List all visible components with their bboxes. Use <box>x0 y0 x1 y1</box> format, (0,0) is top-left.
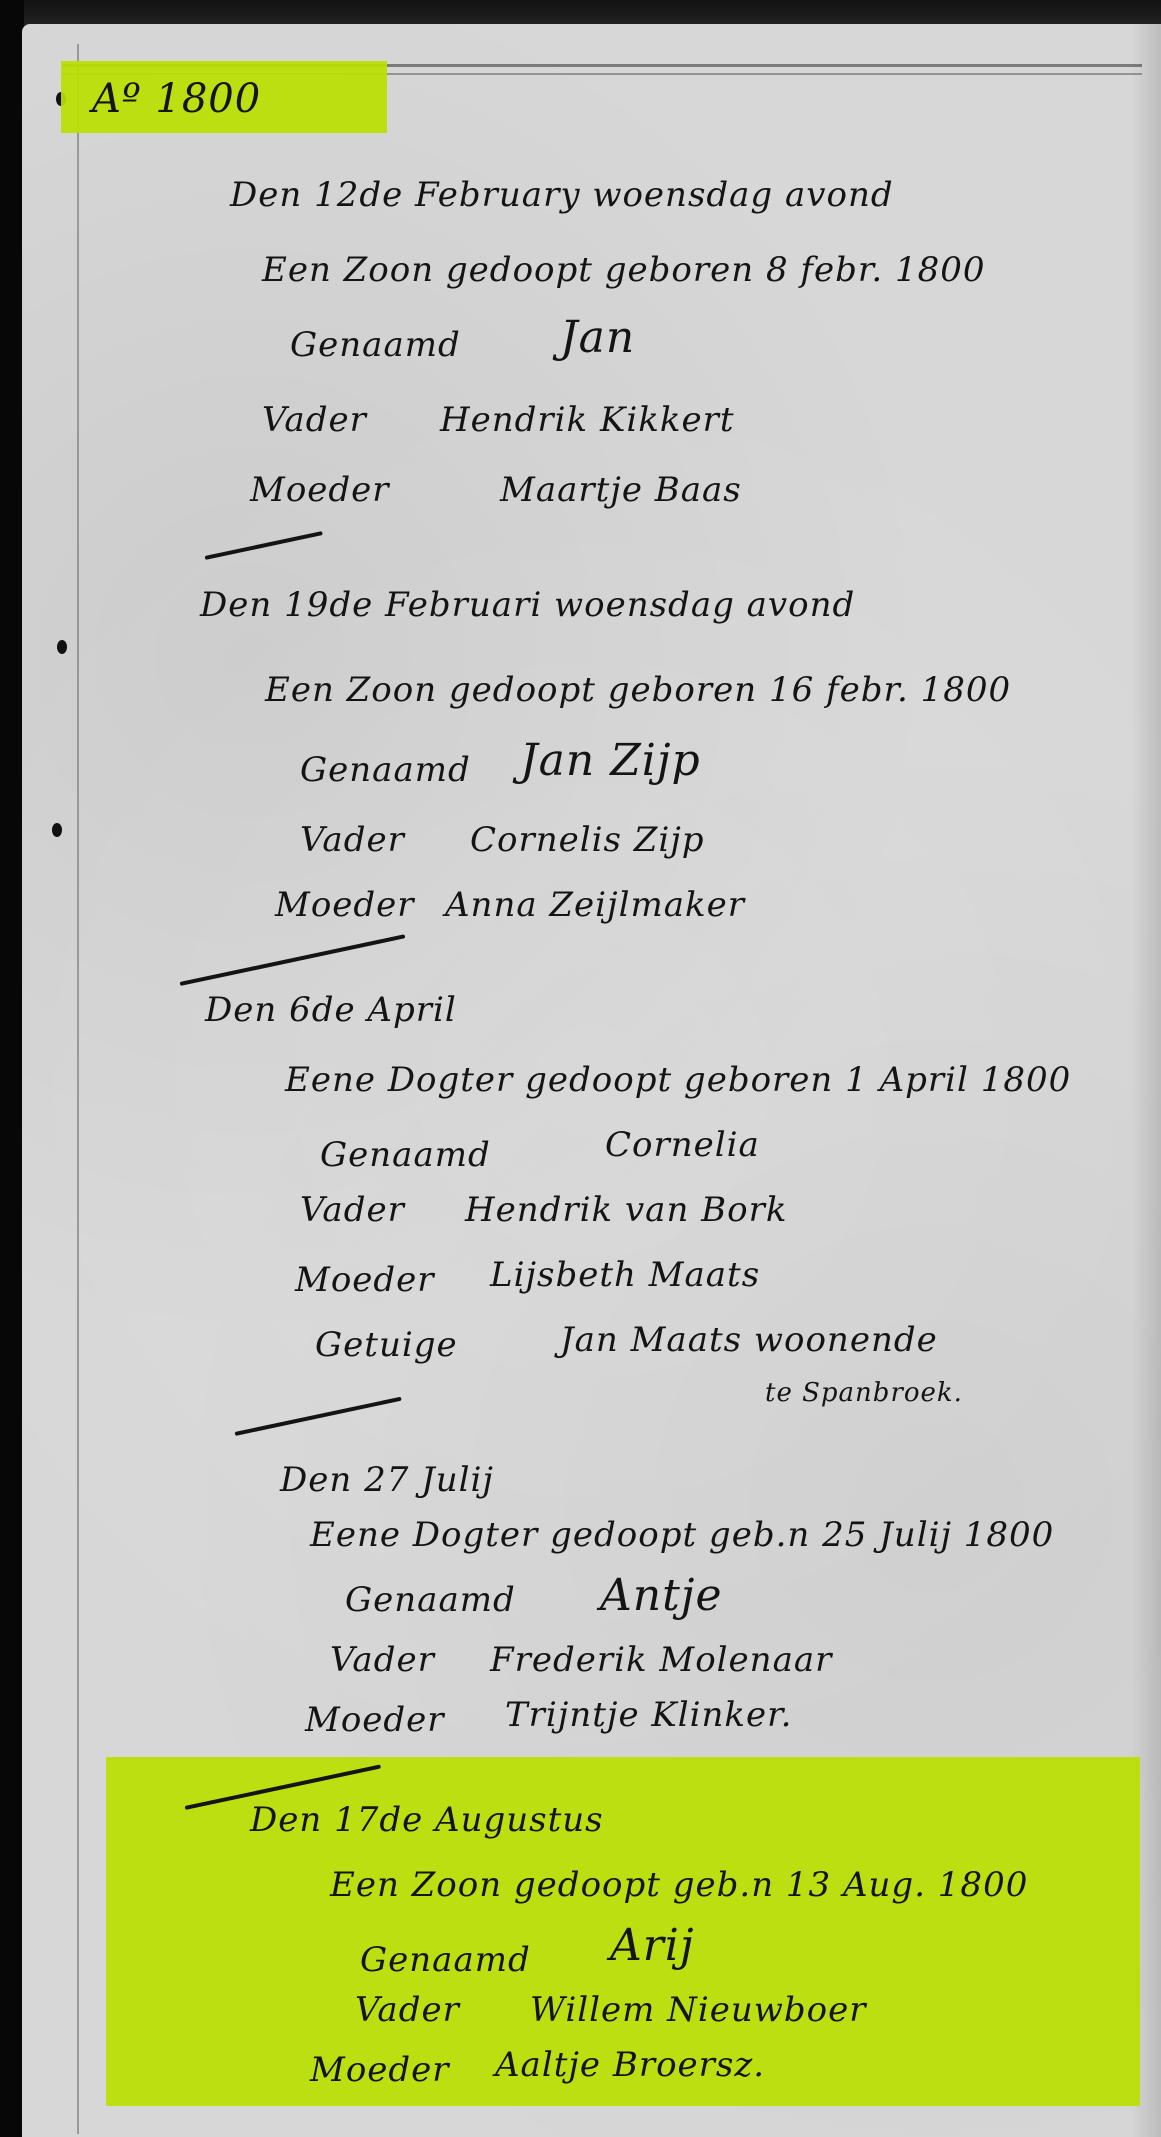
entry-date: Den 6de April <box>205 990 457 1030</box>
father-label: Vader <box>300 1190 405 1230</box>
mother-name: Trijntje Klinker. <box>505 1695 792 1735</box>
mother-label: Moeder <box>250 470 390 510</box>
father-name: Hendrik Kikkert <box>440 400 735 440</box>
witness-name: Jan Maats woonende <box>560 1320 938 1360</box>
entry-baptism: Eene Dogter gedoopt geboren 1 April 1800 <box>285 1060 1071 1100</box>
entry-date: Den 12de February woensdag avond <box>230 175 894 215</box>
mother-label: Moeder <box>275 885 415 925</box>
father-name: Cornelis Zijp <box>470 820 705 860</box>
margin-ink-mark <box>52 823 62 837</box>
mother-name: Aaltje Broersz. <box>495 2045 765 2085</box>
mother-name: Maartje Baas <box>500 470 742 510</box>
child-name: Cornelia <box>605 1125 760 1165</box>
child-name: Arij <box>610 1920 695 1971</box>
mother-name: Anna Zeijlmaker <box>445 885 745 925</box>
entry-date: Den 27 Julij <box>280 1460 494 1500</box>
mother-name: Lijsbeth Maats <box>490 1255 760 1295</box>
father-name: Hendrik van Bork <box>465 1190 787 1230</box>
child-name: Antje <box>600 1570 722 1621</box>
margin-ink-mark <box>57 640 67 654</box>
child-name: Jan Zijp <box>520 735 701 786</box>
mother-label: Moeder <box>310 2050 450 2090</box>
father-label: Vader <box>262 400 367 440</box>
named-label: Genaamd <box>360 1940 531 1980</box>
witness-place: te Spanbroek. <box>765 1378 963 1408</box>
father-label: Vader <box>300 820 405 860</box>
child-name: Jan <box>560 312 635 363</box>
father-name: Frederik Molenaar <box>490 1640 832 1680</box>
entry-date: Den 19de Februari woensdag avond <box>200 585 855 625</box>
mother-label: Moeder <box>295 1260 435 1300</box>
entry-baptism: Een Zoon gedoopt geboren 16 febr. 1800 <box>265 670 1011 710</box>
book-binding-left <box>0 0 24 2137</box>
entry-date: Den 17de Augustus <box>250 1800 604 1840</box>
year-heading: Aº 1800 <box>92 76 261 122</box>
entry-baptism: Eene Dogter gedoopt geb.n 25 Julij 1800 <box>310 1515 1054 1555</box>
named-label: Genaamd <box>300 750 471 790</box>
named-label: Genaamd <box>290 325 461 365</box>
named-label: Genaamd <box>320 1135 491 1175</box>
witness-label: Getuige <box>315 1325 458 1365</box>
father-label: Vader <box>330 1640 435 1680</box>
mother-label: Moeder <box>305 1700 445 1740</box>
father-label: Vader <box>355 1990 460 2030</box>
named-label: Genaamd <box>345 1580 516 1620</box>
margin-rule-line <box>77 44 79 2134</box>
entry-baptism: Een Zoon gedoopt geboren 8 febr. 1800 <box>262 250 986 290</box>
entry-baptism: Een Zoon gedoopt geb.n 13 Aug. 1800 <box>330 1865 1028 1905</box>
father-name: Willem Nieuwboer <box>530 1990 867 2030</box>
